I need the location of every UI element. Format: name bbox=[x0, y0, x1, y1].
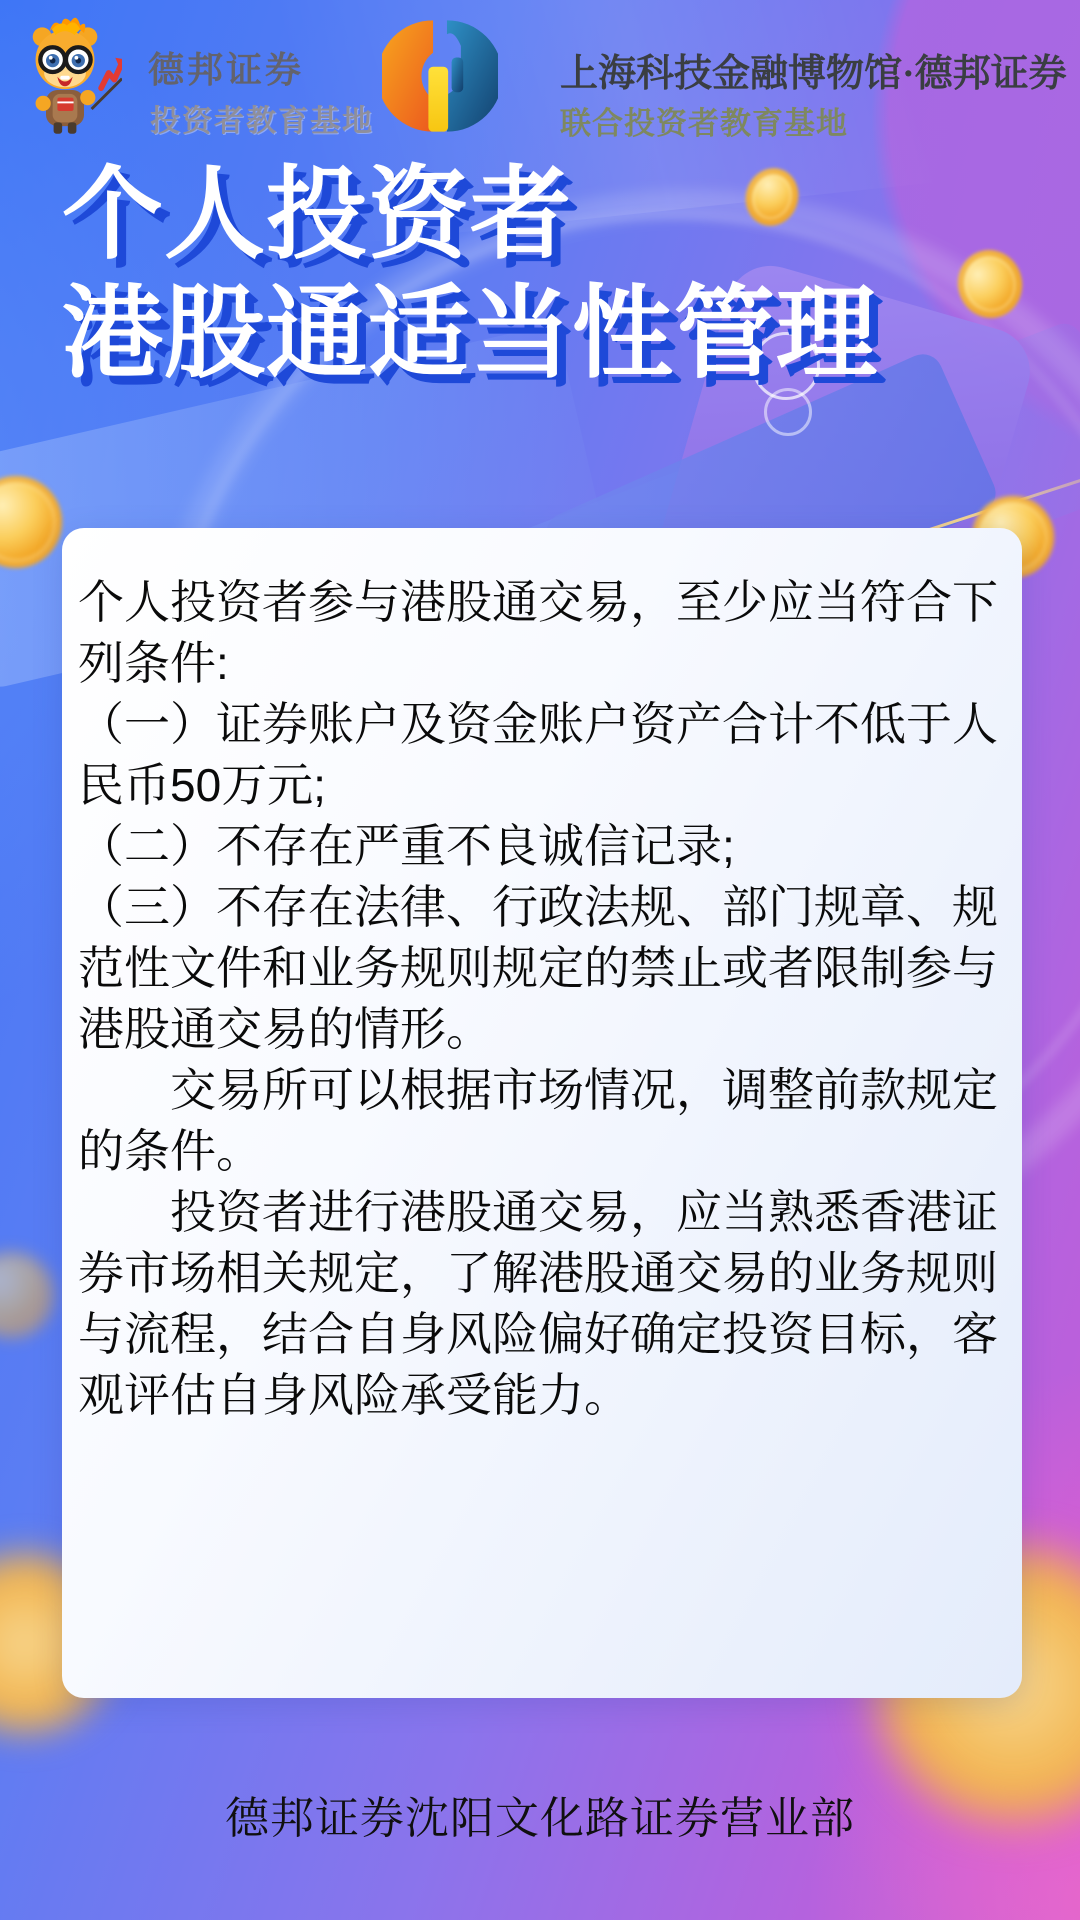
museum-logo-icon bbox=[382, 18, 498, 134]
debang-mascot-icon bbox=[8, 8, 122, 136]
trend-arrow-icon bbox=[101, 63, 122, 89]
card-paragraph: 交易所可以根据市场情况，调整前款规定的条件。 bbox=[78, 1060, 1008, 1182]
card-paragraph: 个人投资者参与港股通交易，至少应当符合下列条件: bbox=[78, 572, 1008, 694]
museum-subtitle: 联合投资者教育基地 bbox=[560, 98, 848, 143]
brand-name: 德邦证券 bbox=[148, 42, 304, 93]
card-paragraph: （三）不存在法律、行政法规、部门规章、规范性文件和业务规则规定的禁止或者限制参与… bbox=[78, 877, 1008, 1060]
poster-page: 德邦证券 投资者教育基地 上海科技金融博物馆·德邦证券 联合投资者教育基地 bbox=[0, 0, 1080, 1920]
branch-name: 德邦证券沈阳文化路证券营业部 bbox=[0, 1782, 1080, 1846]
card-paragraph: 投资者进行港股通交易，应当熟悉香港证券市场相关规定，了解港股通交易的业务规则与流… bbox=[78, 1182, 1008, 1426]
content-card: 个人投资者参与港股通交易，至少应当符合下列条件: （一）证券账户及资金账户资产合… bbox=[62, 528, 1022, 1698]
coin-icon bbox=[0, 1252, 54, 1338]
poster-title: 个人投资者 港股通适当性管理 bbox=[62, 156, 878, 394]
card-paragraph: （一）证券账户及资金账户资产合计不低于人民币50万元; bbox=[78, 694, 1008, 816]
brand-subtitle: 投资者教育基地 bbox=[150, 96, 374, 140]
poster-title-line2: 港股通适当性管理 bbox=[62, 275, 878, 394]
museum-title: 上海科技金融博物馆·德邦证券 bbox=[560, 42, 1067, 97]
circle-outline-decoration-small bbox=[764, 388, 812, 436]
card-paragraph: （二）不存在严重不良诚信记录; bbox=[78, 816, 1008, 877]
poster-title-line1: 个人投资者 bbox=[62, 156, 878, 275]
